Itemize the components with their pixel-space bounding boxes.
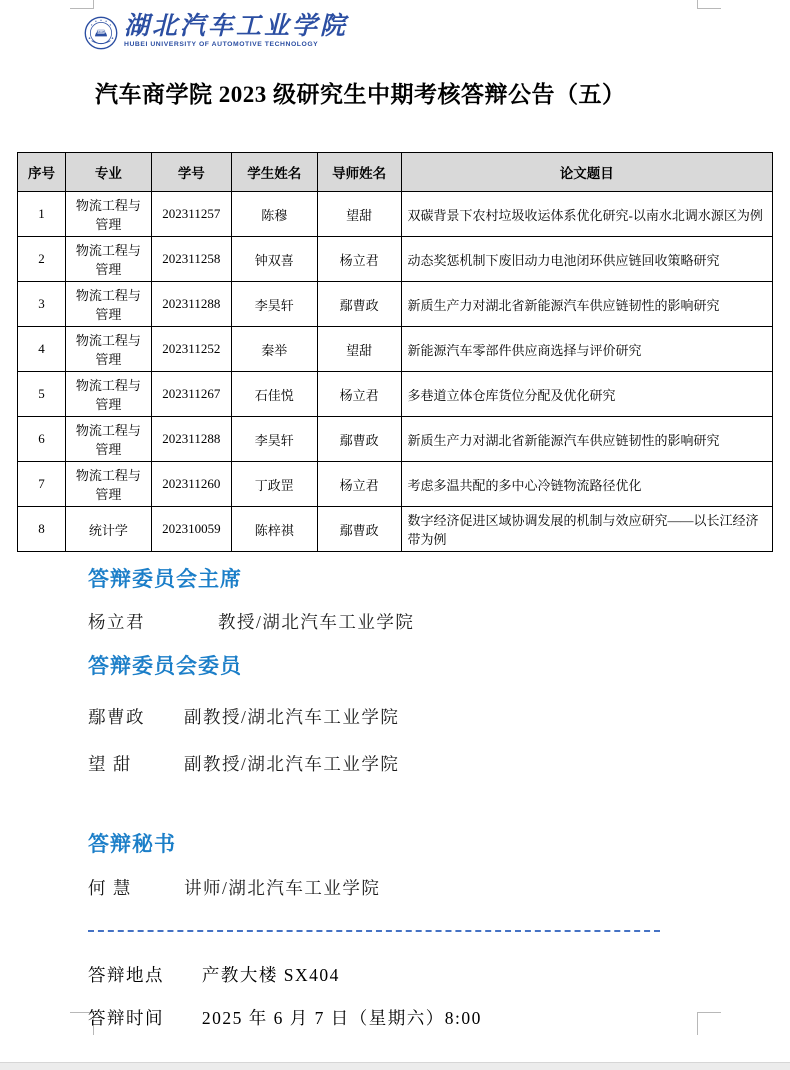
cell-student_id: 202311260: [151, 462, 231, 507]
cell-no: 4: [18, 327, 66, 372]
cell-advisor: 鄢曹政: [317, 417, 401, 462]
university-seal-icon: HUAT: [84, 16, 118, 50]
cell-student: 丁政罡: [231, 462, 317, 507]
page-corner-mark-top-right: [697, 0, 721, 9]
member-entry: 鄢曹政 副教授/湖北汽车工业学院: [88, 704, 708, 729]
university-name-en: HUBEI UNIVERSITY OF AUTOMOTIVE TECHNOLOG…: [124, 41, 348, 48]
table-header-row: 序号 专业 学号 学生姓名 导师姓名 论文题目: [18, 153, 773, 192]
page-bottom-edge: [0, 1062, 790, 1070]
cell-major: 物流工程与管理: [65, 192, 151, 237]
announcement-document: { "logo": { "seal_abbr": "HUAT", "univer…: [0, 0, 790, 1070]
chair-entry: 杨立君 教授/湖北汽车工业学院: [88, 609, 708, 634]
cell-advisor: 望甜: [317, 192, 401, 237]
member-entry: 望 甜 副教授/湖北汽车工业学院: [88, 751, 708, 776]
member-name: 鄢曹政: [88, 704, 184, 729]
cell-student_id: 202311258: [151, 237, 231, 282]
location-label: 答辩地点: [88, 962, 196, 987]
defense-time-line: 答辩时间 2025 年 6 月 7 日（星期六）8:00: [88, 1005, 708, 1030]
svg-text:HUAT: HUAT: [98, 30, 105, 34]
table-row: 5物流工程与管理202311267石佳悦杨立君多巷道立体仓库货位分配及优化研究: [18, 372, 773, 417]
cell-student: 李昊轩: [231, 282, 317, 327]
chair-title: 教授/湖北汽车工业学院: [218, 609, 414, 634]
time-value: 2025 年 6 月 7 日（星期六）8:00: [202, 1008, 482, 1028]
table-row: 8统计学202310059陈梓祺鄢曹政数字经济促进区域协调发展的机制与效应研究—…: [18, 507, 773, 552]
page-corner-mark-top-left: [70, 0, 94, 9]
cell-student: 石佳悦: [231, 372, 317, 417]
cell-student: 钟双喜: [231, 237, 317, 282]
defense-roster-table: 序号 专业 学号 学生姓名 导师姓名 论文题目 1物流工程与管理20231125…: [17, 152, 773, 552]
cell-advisor: 鄢曹政: [317, 507, 401, 552]
cell-major: 物流工程与管理: [65, 282, 151, 327]
cell-advisor: 杨立君: [317, 237, 401, 282]
cell-thesis: 数字经济促进区域协调发展的机制与效应研究——以长江经济带为例: [401, 507, 772, 552]
cell-student: 陈穆: [231, 192, 317, 237]
cell-student_id: 202311288: [151, 417, 231, 462]
university-name: 湖北汽车工业学院 HUBEI UNIVERSITY OF AUTOMOTIVE …: [124, 14, 348, 48]
location-value: 产教大楼 SX404: [202, 965, 340, 985]
table-row: 4物流工程与管理202311252秦举望甜新能源汽车零部件供应商选择与评价研究: [18, 327, 773, 372]
secretary-heading: 答辩秘书: [88, 828, 708, 858]
secretary-title: 讲师/湖北汽车工业学院: [184, 875, 380, 900]
cell-thesis: 新质生产力对湖北省新能源汽车供应链韧性的影响研究: [401, 417, 772, 462]
chair-name: 杨立君: [88, 609, 218, 634]
table-row: 7物流工程与管理202311260丁政罡杨立君考虑多温共配的多中心冷链物流路径优…: [18, 462, 773, 507]
cell-thesis: 新能源汽车零部件供应商选择与评价研究: [401, 327, 772, 372]
cell-no: 2: [18, 237, 66, 282]
cell-major: 物流工程与管理: [65, 462, 151, 507]
table-row: 6物流工程与管理202311288李昊轩鄢曹政新质生产力对湖北省新能源汽车供应链…: [18, 417, 773, 462]
cell-no: 5: [18, 372, 66, 417]
header-major: 专业: [65, 153, 151, 192]
cell-major: 物流工程与管理: [65, 372, 151, 417]
cell-major: 物流工程与管理: [65, 327, 151, 372]
cell-advisor: 杨立君: [317, 462, 401, 507]
members-heading: 答辩委员会委员: [88, 650, 708, 680]
cell-no: 7: [18, 462, 66, 507]
cell-advisor: 杨立君: [317, 372, 401, 417]
cell-advisor: 鄢曹政: [317, 282, 401, 327]
header-student: 学生姓名: [231, 153, 317, 192]
cell-student: 秦举: [231, 327, 317, 372]
dashed-divider: [88, 930, 660, 932]
cell-thesis: 多巷道立体仓库货位分配及优化研究: [401, 372, 772, 417]
cell-major: 物流工程与管理: [65, 237, 151, 282]
cell-major: 物流工程与管理: [65, 417, 151, 462]
cell-advisor: 望甜: [317, 327, 401, 372]
member-name: 望 甜: [88, 751, 184, 776]
cell-student: 李昊轩: [231, 417, 317, 462]
page-title: 汽车商学院 2023 级研究生中期考核答辩公告（五）: [95, 76, 626, 109]
cell-no: 3: [18, 282, 66, 327]
university-logo: HUAT 湖北汽车工业学院 HUBEI UNIVERSITY OF AUTOMO…: [84, 14, 348, 50]
secretary-name: 何 慧: [88, 875, 184, 900]
secretary-entry: 何 慧 讲师/湖北汽车工业学院: [88, 875, 708, 900]
defense-location-line: 答辩地点 产教大楼 SX404: [88, 962, 708, 987]
cell-thesis: 考虑多温共配的多中心冷链物流路径优化: [401, 462, 772, 507]
cell-no: 6: [18, 417, 66, 462]
cell-student_id: 202311288: [151, 282, 231, 327]
header-thesis: 论文题目: [401, 153, 772, 192]
chair-heading: 答辩委员会主席: [88, 563, 708, 593]
cell-thesis: 双碳背景下农村垃圾收运体系优化研究-以南水北调水源区为例: [401, 192, 772, 237]
committee-sections: 答辩委员会主席 杨立君 教授/湖北汽车工业学院 答辩委员会委员 鄢曹政 副教授/…: [88, 563, 708, 1030]
cell-student_id: 202311257: [151, 192, 231, 237]
cell-student: 陈梓祺: [231, 507, 317, 552]
member-title: 副教授/湖北汽车工业学院: [184, 751, 399, 776]
member-title: 副教授/湖北汽车工业学院: [184, 704, 399, 729]
table-row: 1物流工程与管理202311257陈穆望甜双碳背景下农村垃圾收运体系优化研究-以…: [18, 192, 773, 237]
table-row: 3物流工程与管理202311288李昊轩鄢曹政新质生产力对湖北省新能源汽车供应链…: [18, 282, 773, 327]
cell-no: 8: [18, 507, 66, 552]
cell-student_id: 202311267: [151, 372, 231, 417]
header-advisor: 导师姓名: [317, 153, 401, 192]
cell-student_id: 202311252: [151, 327, 231, 372]
cell-thesis: 动态奖惩机制下废旧动力电池闭环供应链回收策略研究: [401, 237, 772, 282]
cell-student_id: 202310059: [151, 507, 231, 552]
time-label: 答辩时间: [88, 1005, 196, 1030]
cell-no: 1: [18, 192, 66, 237]
header-no: 序号: [18, 153, 66, 192]
table-row: 2物流工程与管理202311258钟双喜杨立君动态奖惩机制下废旧动力电池闭环供应…: [18, 237, 773, 282]
cell-major: 统计学: [65, 507, 151, 552]
header-id: 学号: [151, 153, 231, 192]
university-name-cn: 湖北汽车工业学院: [124, 14, 348, 40]
cell-thesis: 新质生产力对湖北省新能源汽车供应链韧性的影响研究: [401, 282, 772, 327]
